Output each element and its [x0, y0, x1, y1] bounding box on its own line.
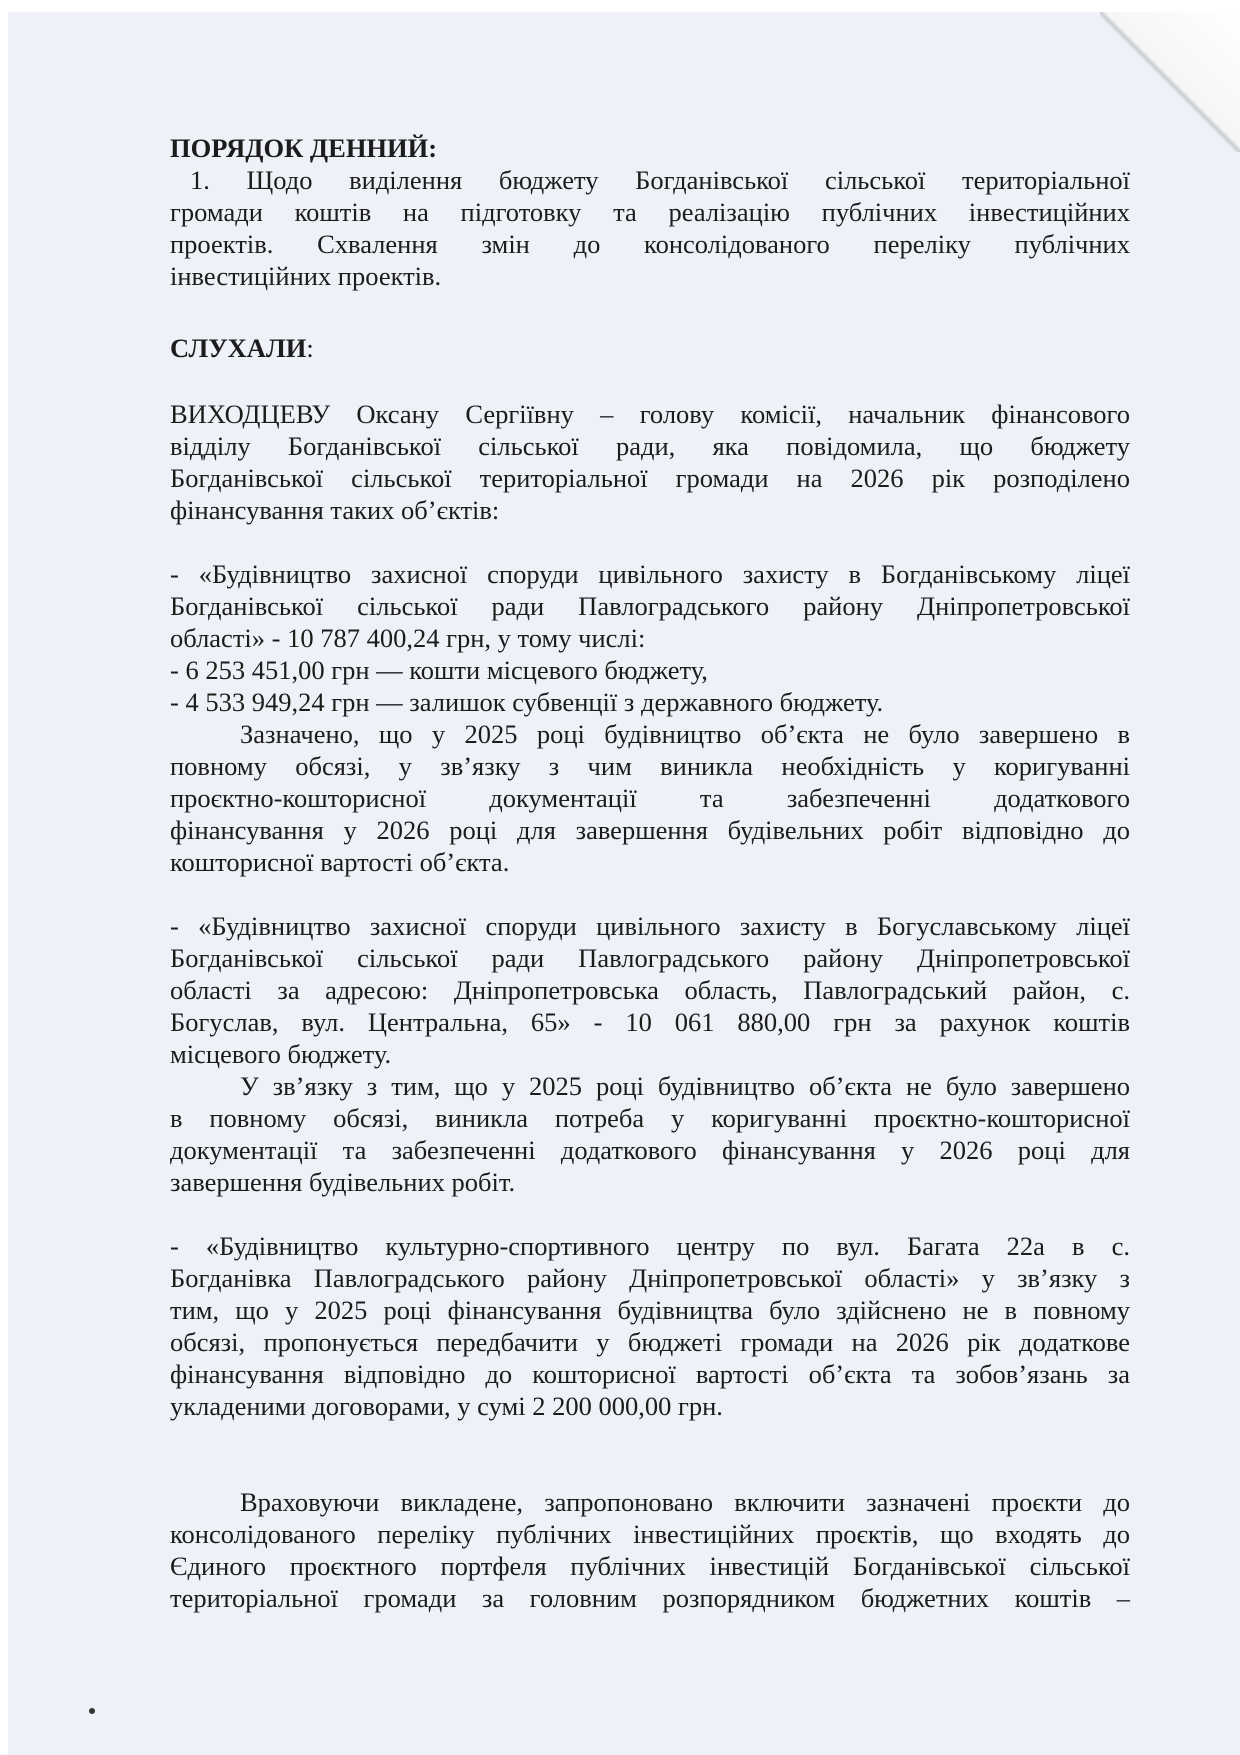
agenda-heading: ПОРЯДОК ДЕННИЙ: — [170, 132, 1130, 164]
text-line: документації та забезпеченні додаткового… — [170, 1134, 1130, 1166]
project-2: - «Будівництво захисної споруди цивільно… — [170, 910, 1130, 1198]
text-line: проєктно-кошторисної документації та заб… — [170, 782, 1130, 814]
text-line: фінансування відповідно до кошторисної в… — [170, 1358, 1130, 1390]
text-line: 1. Щодо виділення бюджету Богданівської … — [170, 164, 1130, 196]
document-body: ПОРЯДОК ДЕННИЙ: 1. Щодо виділення бюджет… — [170, 132, 1130, 1614]
project-1: - «Будівництво захисної споруди цивільно… — [170, 558, 1130, 878]
text-line: територіальної громади за головним розпо… — [170, 1582, 1130, 1614]
text-line: - 4 533 949,24 грн — залишок субвенції з… — [170, 686, 1130, 718]
text-line: Богданівської сільської територіальної г… — [170, 462, 1130, 494]
heard-heading: СЛУХАЛИ: — [170, 332, 1130, 364]
text-line: Враховуючи викладене, запропоновано вклю… — [170, 1486, 1130, 1518]
text-line: - «Будівництво культурно-спортивного цен… — [170, 1230, 1130, 1262]
text-line: в повному обсязі, виникла потреба у кори… — [170, 1102, 1130, 1134]
text-line: укладеними договорами, у сумі 2 200 000,… — [170, 1390, 1130, 1422]
text-line: завершення будівельних робіт. — [170, 1166, 1130, 1198]
text-line: Богуслав, вул. Центральна, 65» - 10 061 … — [170, 1006, 1130, 1038]
text-line: Богданівської сільської ради Павлоградсь… — [170, 942, 1130, 974]
conclusion: Враховуючи викладене, запропоновано вклю… — [170, 1486, 1130, 1614]
text-line: повному обсязі, у зв’язку з чим виникла … — [170, 750, 1130, 782]
scan-speck — [89, 1708, 95, 1714]
text-line: області за адресою: Дніпропетровська обл… — [170, 974, 1130, 1006]
text-line: У зв’язку з тим, що у 2025 році будівниц… — [170, 1070, 1130, 1102]
text-line: - «Будівництво захисної споруди цивільно… — [170, 910, 1130, 942]
text-line: кошторисної вартості об’єкта. — [170, 846, 1130, 878]
text-line: Богданівка Павлоградського району Дніпро… — [170, 1262, 1130, 1294]
speaker-intro: ВИХОДЦЕВУ Оксану Сергіївну – голову комі… — [170, 398, 1130, 526]
text-line: ВИХОДЦЕВУ Оксану Сергіївну – голову комі… — [170, 398, 1130, 430]
text-line: області» - 10 787 400,24 грн, у тому чис… — [170, 622, 1130, 654]
agenda-item-1: 1. Щодо виділення бюджету Богданівської … — [170, 164, 1130, 292]
text-line: Зазначено, що у 2025 році будівництво об… — [170, 718, 1130, 750]
text-line: тим, що у 2025 році фінансування будівни… — [170, 1294, 1130, 1326]
text-line: відділу Богданівської сільської ради, як… — [170, 430, 1130, 462]
text-line: Єдиного проєктного портфеля публічних ін… — [170, 1550, 1130, 1582]
text-line: фінансування таких об’єктів: — [170, 494, 1130, 526]
text-line: - «Будівництво захисної споруди цивільно… — [170, 558, 1130, 590]
text-line: консолідованого переліку публічних інвес… — [170, 1518, 1130, 1550]
text-line: - 6 253 451,00 грн — кошти місцевого бюд… — [170, 654, 1130, 686]
text-line: обсязі, пропонується передбачити у бюдже… — [170, 1326, 1130, 1358]
text-line: громади коштів на підготовку та реалізац… — [170, 196, 1130, 228]
text-line: інвестиційних проектів. — [170, 260, 1130, 292]
text-line: фінансування у 2026 році для завершення … — [170, 814, 1130, 846]
folded-corner — [1100, 12, 1240, 152]
text-line: проектів. Схвалення змін до консолідован… — [170, 228, 1130, 260]
project-3: - «Будівництво культурно-спортивного цен… — [170, 1230, 1130, 1422]
text-line: Богданівської сільської ради Павлоградсь… — [170, 590, 1130, 622]
text-line: місцевого бюджету. — [170, 1038, 1130, 1070]
